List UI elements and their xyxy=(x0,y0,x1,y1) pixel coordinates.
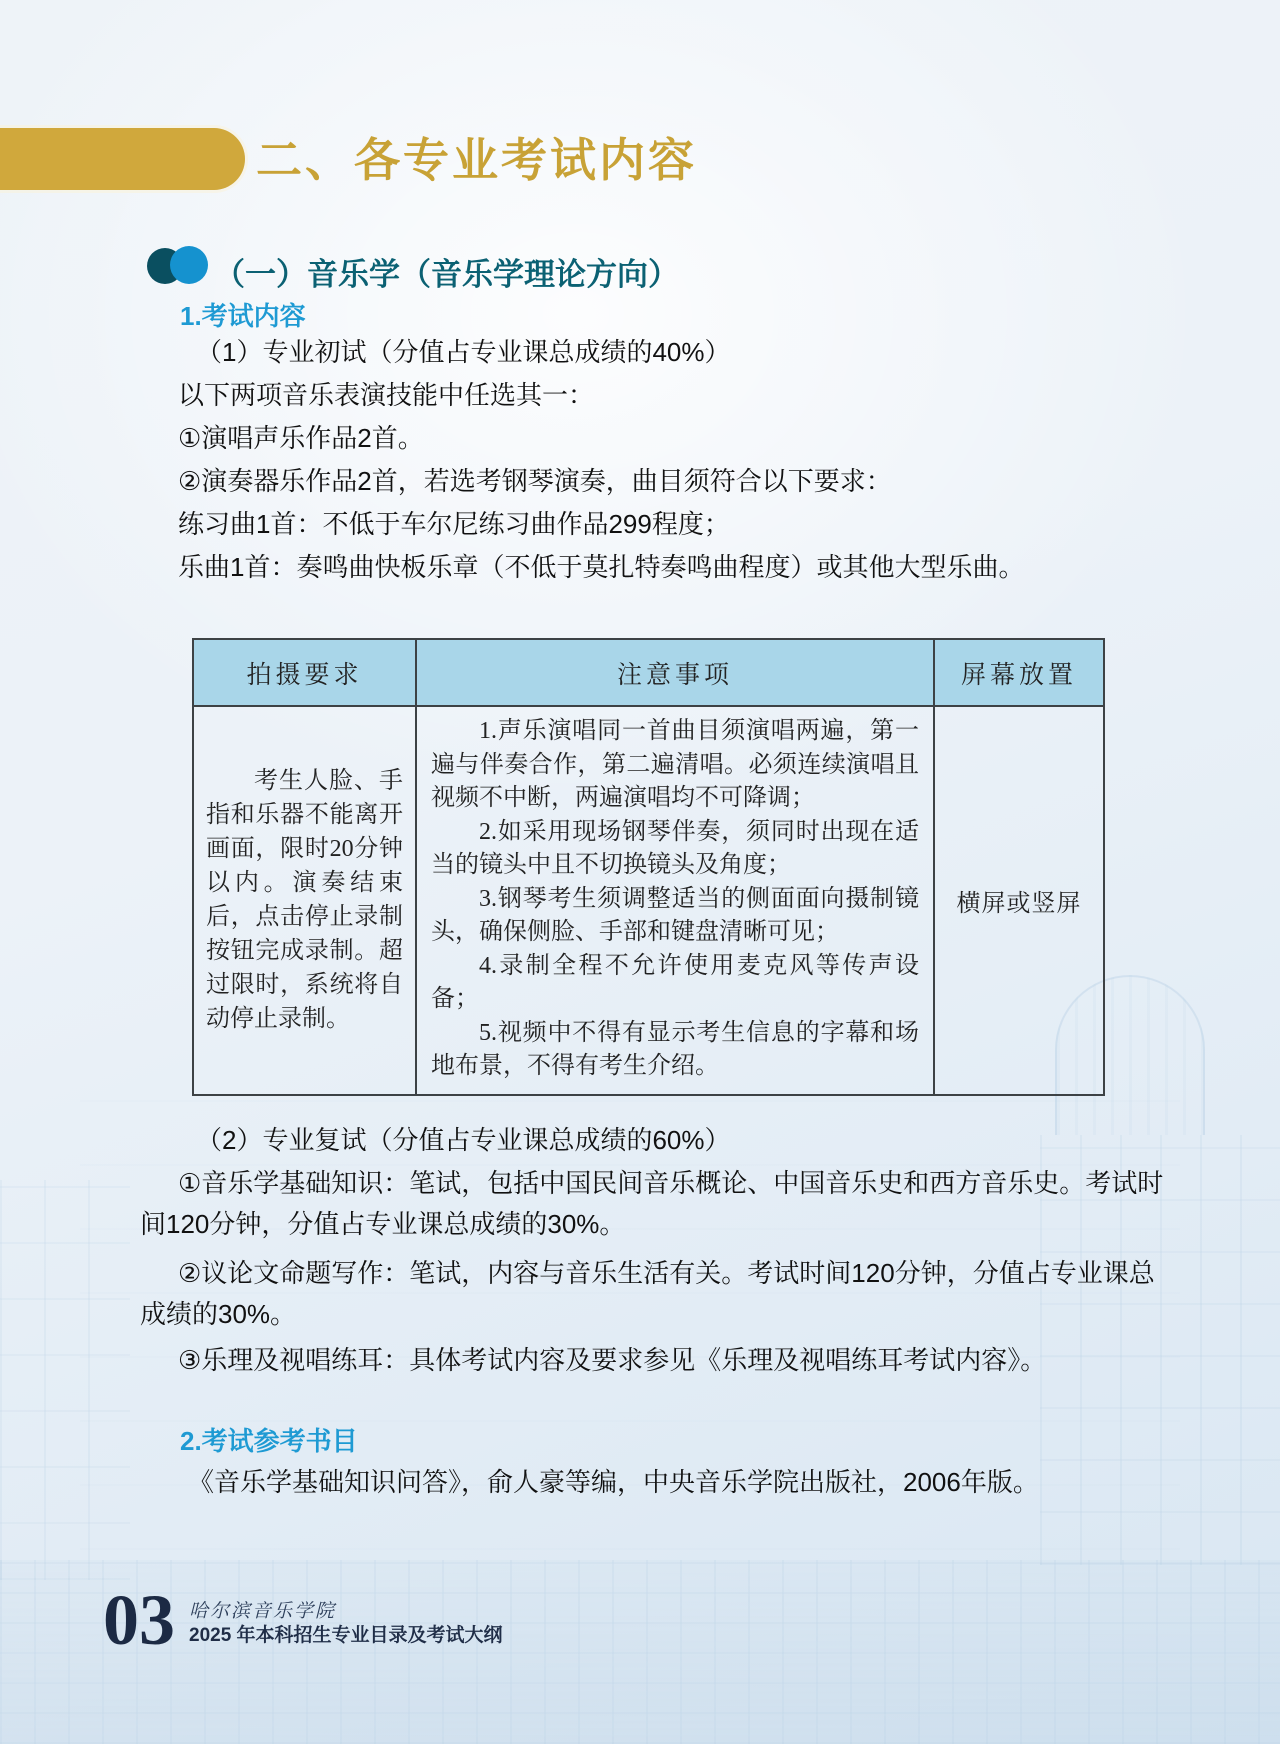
footer-school-name: 哈尔滨音乐学院 xyxy=(189,1600,503,1624)
intro-line: 乐曲1首：奏鸣曲快板乐章（不低于莫扎特奏鸣曲程度）或其他大型乐曲。 xyxy=(178,546,1178,589)
note-item: 3.钢琴考生须调整适当的侧面面向摄制镜头，确保侧脸、手部和键盘清晰可见； xyxy=(431,883,919,950)
retest-item: ③乐理及视唱练耳：具体考试内容及要求参见《乐理及视唱练耳考试内容》。 xyxy=(140,1340,1164,1381)
gold-header-bar xyxy=(0,128,245,190)
notes-cell: 1.声乐演唱同一首曲目须演唱两遍，第一遍与伴奏合作，第二遍清唱。必须连续演唱且视… xyxy=(416,706,934,1095)
background-facade-left xyxy=(0,1180,130,1580)
note-item: 5.视频中不得有显示考生信息的字幕和场地布景，不得有考生介绍。 xyxy=(431,1017,919,1084)
table-header-row: 拍摄要求 注意事项 屏幕放置 xyxy=(193,639,1104,706)
retest-paragraphs: （2）专业复试（分值占专业课总成绩的60%） ①音乐学基础知识：笔试，包括中国民… xyxy=(140,1120,1164,1381)
table-header-shooting: 拍摄要求 xyxy=(193,639,416,706)
retest-item: ②议论文命题写作：笔试，内容与音乐生活有关。考试时间120分钟，分值占专业课总成… xyxy=(140,1253,1164,1335)
footer-text-block: 哈尔滨音乐学院 2025 年本科招生专业目录及考试大纲 xyxy=(189,1592,503,1648)
intro-line: 以下两项音乐表演技能中任选其一： xyxy=(178,374,1178,417)
exam-content-subheading: 1.考试内容 xyxy=(180,296,306,333)
screen-orientation-cell: 横屏或竖屏 xyxy=(934,706,1104,1095)
intro-line: （1）专业初试（分值占专业课总成绩的40%） xyxy=(178,331,1178,374)
note-item: 2.如采用现场钢琴伴奏，须同时出现在适当的镜头中且不切换镜头及角度； xyxy=(431,816,919,883)
footer-doc-title: 2025 年本科招生专业目录及考试大纲 xyxy=(189,1624,503,1648)
footer-page-number: 03 xyxy=(103,1584,175,1656)
document-page: 二、各专业考试内容 （一）音乐学（音乐学理论方向） 1.考试内容 （1）专业初试… xyxy=(0,0,1280,1744)
intro-line: 练习曲1首：不低于车尔尼练习曲作品299程度； xyxy=(178,503,1178,546)
note-item: 1.声乐演唱同一首曲目须演唱两遍，第一遍与伴奏合作，第二遍清唱。必须连续演唱且视… xyxy=(431,715,919,816)
section-bullet-light-circle-icon xyxy=(170,246,208,284)
intro-paragraphs: （1）专业初试（分值占专业课总成绩的40%） 以下两项音乐表演技能中任选其一： … xyxy=(178,331,1178,589)
retest-lead: （2）专业复试（分值占专业课总成绩的60%） xyxy=(140,1120,1164,1161)
page-footer: 03 哈尔滨音乐学院 2025 年本科招生专业目录及考试大纲 xyxy=(103,1584,503,1656)
note-item: 4.录制全程不允许使用麦克风等传声设备； xyxy=(431,950,919,1017)
shooting-requirements-text: 考生人脸、手指和乐器不能离开画面，限时20分钟以内。演奏结束后，点击停止录制按钮… xyxy=(206,764,403,1036)
intro-line: ②演奏器乐作品2首，若选考钢琴演奏，曲目须符合以下要求： xyxy=(178,460,1178,503)
table-header-screen: 屏幕放置 xyxy=(934,639,1104,706)
table-body-row: 考生人脸、手指和乐器不能离开画面，限时20分钟以内。演奏结束后，点击停止录制按钮… xyxy=(193,706,1104,1095)
page-title: 二、各专业考试内容 xyxy=(256,124,697,190)
recording-requirements-table: 拍摄要求 注意事项 屏幕放置 考生人脸、手指和乐器不能离开画面，限时20分钟以内… xyxy=(192,638,1105,1096)
intro-line: ①演唱声乐作品2首。 xyxy=(178,417,1178,460)
section-heading: （一）音乐学（音乐学理论方向） xyxy=(214,249,679,294)
reference-book-line: 《音乐学基础知识问答》，俞人豪等编，中央音乐学院出版社，2006年版。 xyxy=(140,1462,1164,1503)
shooting-requirements-cell: 考生人脸、手指和乐器不能离开画面，限时20分钟以内。演奏结束后，点击停止录制按钮… xyxy=(193,706,416,1095)
retest-item: ①音乐学基础知识：笔试，包括中国民间音乐概论、中国音乐史和西方音乐史。考试时间1… xyxy=(140,1163,1164,1245)
table-header-notes: 注意事项 xyxy=(416,639,934,706)
reference-books-subheading: 2.考试参考书目 xyxy=(180,1421,358,1458)
